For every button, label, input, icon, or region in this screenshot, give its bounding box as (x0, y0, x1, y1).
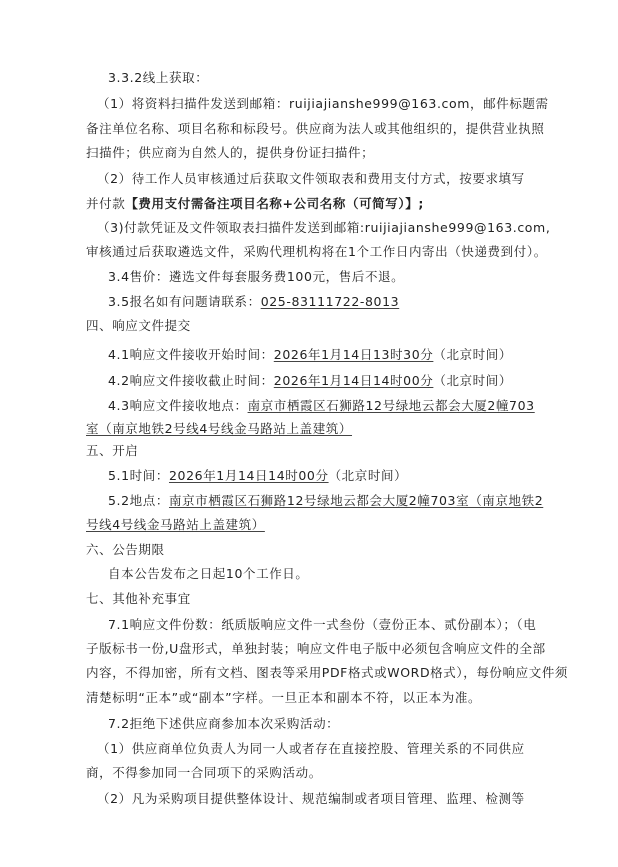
text: 子版标书一份,U盘形式，单独封装；响应文件电子版中必须包含响应文件的全部 (86, 641, 546, 656)
contact-phone: 025-83111722-8013 (261, 294, 400, 309)
section-5-1-time: 5.1时间：2026年1月14日14时00分（北京时间） (108, 468, 407, 484)
section-4-2-deadline: 4.2响应文件接收截止时间：2026年1月14日14时00分（北京时间） (108, 373, 512, 389)
text: 内容，不得加密，所有文档、图表等采用PDF格式或WORD格式），每份响应文件须 (86, 665, 568, 680)
paragraph-line: 号线4号线金马路站上盖建筑） (86, 517, 265, 533)
text: 六、公告期限 (86, 542, 165, 557)
paragraph-email-step-1: （1）将资料扫描件发送到邮箱：ruijiajianshe999@163.com，… (97, 96, 549, 112)
opening-address-cont: 号线4号线金马路站上盖建筑） (86, 517, 265, 532)
text: 备注单位名称、项目名称和标段号。供应商为法人或其他组织的，提供营业执照 (86, 121, 545, 136)
paragraph-line: 审核通过后获取遴选文件，采购代理机构将在1个工作日内寄出（快递费到付）。 (86, 244, 547, 260)
document-page: 3.3.2线上获取： （1）将资料扫描件发送到邮箱：ruijiajianshe9… (0, 0, 618, 867)
announcement-period: 自本公告发布之日起10个工作日。 (108, 566, 309, 582)
text: 并付款 (86, 196, 125, 211)
text: 3.5报名如有问题请联系： (108, 294, 261, 309)
text: 四、响应文件提交 (86, 318, 191, 333)
section-6-heading: 六、公告期限 (86, 542, 165, 558)
payment-note: 【费用支付需备注项目名称+公司名称（可简写）】; (125, 196, 424, 211)
section-3-4-price: 3.4售价：遴选文件每套服务费100元，售后不退。 (108, 269, 404, 285)
section-5-2-location: 5.2地点：南京市栖霞区石狮路12号绿地云都会大厦2幢703室（南京地铁2 (108, 493, 543, 509)
text: （2）待工作人员审核通过后获取文件领取表和费用支付方式，按要求填写 (97, 171, 525, 186)
paragraph-line: 备注单位名称、项目名称和标段号。供应商为法人或其他组织的，提供营业执照 (86, 121, 545, 137)
text: 7.1响应文件份数：纸质版响应文件一式叁份（壹份正本、贰份副本）；（电 (108, 617, 536, 632)
paragraph-line: 扫描件；供应商为自然人的，提供身份证扫描件； (86, 145, 374, 161)
submission-address: 南京市栖霞区石狮路12号绿地云都会大厦2幢703 (248, 398, 535, 413)
paragraph-line: 清楚标明“正本”或“副本”字样。一旦正本和副本不符，以正本为准。 (86, 690, 481, 706)
section-5-heading: 五、开启 (86, 443, 138, 459)
deadline-datetime: 2026年1月14日14时00分 (274, 373, 434, 388)
text: 清楚标明“正本”或“副本”字样。一旦正本和副本不符，以正本为准。 (86, 690, 481, 705)
section-7-1-copies: 7.1响应文件份数：纸质版响应文件一式叁份（壹份正本、贰份副本）；（电 (108, 617, 536, 633)
section-4-3-location: 4.3响应文件接收地点：南京市栖霞区石狮路12号绿地云都会大厦2幢703 (108, 398, 535, 414)
text: 4.3响应文件接收地点： (108, 398, 248, 413)
text: 7.2拒绝下述供应商参加本次采购活动： (108, 716, 339, 731)
paragraph-review-step-2: （2）待工作人员审核通过后获取文件领取表和费用支付方式，按要求填写 (97, 171, 525, 187)
section-4-1-start-time: 4.1响应文件接收开始时间：2026年1月14日13时30分（北京时间） (108, 347, 512, 363)
text: 5.2地点： (108, 493, 169, 508)
section-7-2-exclusions: 7.2拒绝下述供应商参加本次采购活动： (108, 716, 339, 732)
text: （1）供应商单位负责人为同一人或者存在直接控股、管理关系的不同供应 (97, 741, 525, 756)
paragraph-payment-step-3: （3)付款凭证及文件领取表扫描件发送到邮箱:ruijiajianshe999@1… (97, 220, 550, 236)
paragraph-line: 室（南京地铁2号线4号线金马路站上盖建筑） (86, 421, 352, 437)
text: 4.2响应文件接收截止时间： (108, 373, 274, 388)
text: 扫描件；供应商为自然人的，提供身份证扫描件； (86, 145, 374, 160)
text: （北京时间） (329, 468, 408, 483)
paragraph-line: 内容，不得加密，所有文档、图表等采用PDF格式或WORD格式），每份响应文件须 (86, 665, 568, 681)
text: 4.1响应文件接收开始时间： (108, 347, 274, 362)
start-datetime: 2026年1月14日13时30分 (274, 347, 434, 362)
exclusion-item-1: （1）供应商单位负责人为同一人或者存在直接控股、管理关系的不同供应 (97, 741, 525, 757)
text: 七、其他补充事宜 (86, 591, 191, 606)
submission-address-cont: 室（南京地铁2号线4号线金马路站上盖建筑） (86, 421, 352, 436)
text: （1）将资料扫描件发送到邮箱：ruijiajianshe999@163.com，… (97, 96, 549, 111)
text: （北京时间） (433, 347, 512, 362)
text: 自本公告发布之日起10个工作日。 (108, 566, 309, 581)
opening-datetime: 2026年1月14日14时00分 (169, 468, 329, 483)
text: 3.3.2线上获取： (108, 70, 208, 85)
section-3-3-2-heading: 3.3.2线上获取： (108, 70, 208, 86)
section-3-5-contact: 3.5报名如有问题请联系：025-83111722-8013 (108, 294, 399, 310)
paragraph-line: 并付款【费用支付需备注项目名称+公司名称（可简写）】; (86, 196, 424, 212)
paragraph-line: 子版标书一份,U盘形式，单独封装；响应文件电子版中必须包含响应文件的全部 (86, 641, 546, 657)
opening-address: 南京市栖霞区石狮路12号绿地云都会大厦2幢703室（南京地铁2 (169, 493, 543, 508)
text: 3.4售价：遴选文件每套服务费100元，售后不退。 (108, 269, 404, 284)
paragraph-line: 商，不得参加同一合同项下的采购活动。 (86, 765, 322, 781)
text: （3)付款凭证及文件领取表扫描件发送到邮箱:ruijiajianshe999@1… (97, 220, 550, 235)
text: 审核通过后获取遴选文件，采购代理机构将在1个工作日内寄出（快递费到付）。 (86, 244, 547, 259)
text: 5.1时间： (108, 468, 169, 483)
text: （北京时间） (433, 373, 512, 388)
text: 商，不得参加同一合同项下的采购活动。 (86, 765, 322, 780)
text: （2）凡为采购项目提供整体设计、规范编制或者项目管理、监理、检测等 (97, 791, 525, 806)
text: 五、开启 (86, 443, 138, 458)
section-7-heading: 七、其他补充事宜 (86, 591, 191, 607)
section-4-heading: 四、响应文件提交 (86, 318, 191, 334)
exclusion-item-2: （2）凡为采购项目提供整体设计、规范编制或者项目管理、监理、检测等 (97, 791, 525, 807)
